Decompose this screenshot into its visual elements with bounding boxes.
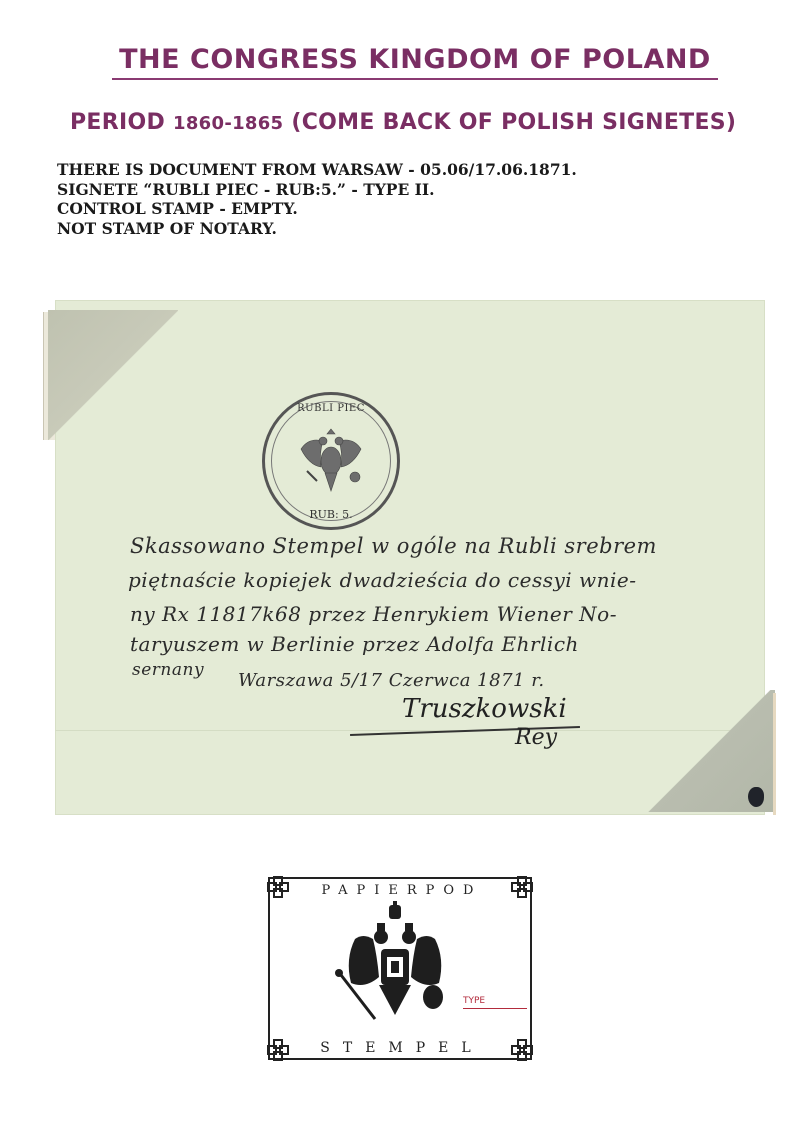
handwritten-line: piętnaście kopiejek dwadzieścia do cessy… (128, 568, 637, 592)
greek-key-corner-icon (266, 1032, 296, 1062)
type-label: TYPE (463, 996, 485, 1006)
signature: Truszkowski (402, 694, 567, 724)
handwritten-line: ny Rx 11817k68 przez Henrykiem Wiener No… (130, 602, 617, 626)
greek-key-corner-icon (504, 875, 534, 905)
handwritten-line: sernany (132, 660, 204, 680)
greek-key-corner-icon (266, 875, 296, 905)
handwritten-line: taryuszem w Berlinie przez Adolfa Ehrlic… (130, 632, 579, 656)
ink-blot (748, 787, 764, 807)
description-line: NOT STAMP OF NOTARY. (57, 219, 577, 239)
document-right-edge (773, 693, 776, 815)
handwritten-line: Skassowano Stempel w ogóle na Rubli sreb… (130, 534, 657, 558)
double-headed-eagle-icon (289, 419, 373, 503)
type-underline (463, 1008, 527, 1009)
signature-secondary: Rey (515, 725, 557, 750)
reference-stamp: PAPIERPOD TYPE STEMPEL (268, 877, 532, 1060)
description-line: CONTROL STAMP - EMPTY. (57, 199, 577, 219)
subtitle-years: 1860-1865 (173, 113, 283, 134)
photo-corner-top-left (48, 310, 178, 440)
subtitle-prefix: PERIOD (70, 110, 173, 135)
title-underline (112, 78, 718, 80)
handwritten-date: Warszawa 5/17 Czerwca 1871 r. (238, 670, 545, 691)
stamp-bottom-text: STEMPEL (310, 1040, 494, 1056)
revenue-seal: RUBLI PIEC RUB: 5. (262, 392, 400, 530)
description-line: THERE IS DOCUMENT FROM WARSAW - 05.06/17… (57, 160, 577, 180)
imperial-eagle-icon (325, 901, 465, 1031)
stamp-top-text: PAPIERPOD (310, 883, 494, 898)
greek-key-corner-icon (504, 1032, 534, 1062)
subtitle-suffix: (COME BACK OF POLISH SIGNETES) (283, 110, 736, 135)
page-title: THE CONGRESS KINGDOM OF POLAND (110, 44, 720, 75)
seal-top-text: RUBLI PIEC (265, 403, 397, 414)
description-line: SIGNETE “RUBLI PIEC - RUB:5.” - TYPE II. (57, 180, 577, 200)
seal-bottom-text: RUB: 5. (265, 508, 397, 521)
page-subtitle: PERIOD 1860-1865 (COME BACK OF POLISH SI… (70, 110, 770, 135)
description-block: THERE IS DOCUMENT FROM WARSAW - 05.06/17… (57, 160, 577, 238)
